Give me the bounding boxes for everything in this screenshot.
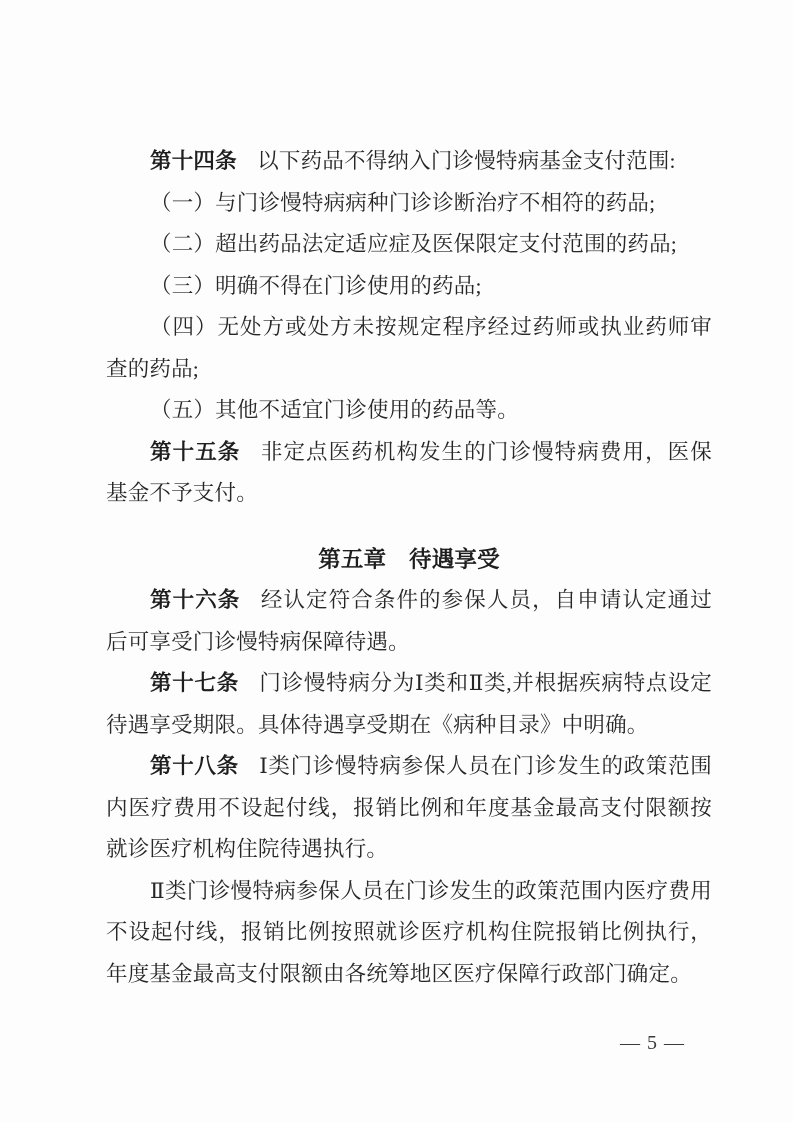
article-18-paragraph-2: Ⅱ类门诊慢特病参保人员在门诊发生的政策范围内医疗费用不设起付线，报销比例按照就诊…	[106, 871, 712, 996]
chapter-5-heading: 第五章 待遇享受	[106, 539, 712, 581]
article-15-label: 第十五条	[150, 440, 240, 464]
article-14-label: 第十四条	[150, 149, 237, 173]
article-18-paragraph: 第十八条Ⅰ类门诊慢特病参保人员在门诊发生的政策范围内医疗费用不设起付线，报销比例…	[106, 746, 712, 871]
page-number: — 5 —	[620, 1031, 685, 1055]
article-15-paragraph: 第十五条非定点医药机构发生的门诊慢特病费用，医保基金不予支付。	[106, 432, 712, 515]
document-page: 第十四条以下药品不得纳入门诊慢特病基金支付范围: （一）与门诊慢特病病种门诊诊断…	[0, 0, 793, 1122]
article-17-paragraph: 第十七条门诊慢特病分为Ⅰ类和Ⅱ类,并根据疾病特点设定待遇享受期限。具体待遇享受期…	[106, 663, 712, 746]
list-item-3-text: （三）明确不得在门诊使用的药品;	[150, 274, 482, 298]
list-item-4: （四）无处方或处方未按规定程序经过药师或执业药师审查的药品;	[106, 307, 712, 390]
list-item-1-text: （一）与门诊慢特病病种门诊诊断治疗不相符的药品;	[150, 191, 655, 215]
list-item-1: （一）与门诊慢特病病种门诊诊断治疗不相符的药品;	[106, 183, 712, 225]
article-14-paragraph: 第十四条以下药品不得纳入门诊慢特病基金支付范围:	[106, 141, 712, 183]
list-item-5: （五）其他不适宜门诊使用的药品等。	[106, 390, 712, 432]
list-item-5-text: （五）其他不适宜门诊使用的药品等。	[150, 398, 519, 422]
article-14-text: 以下药品不得纳入门诊慢特病基金支付范围:	[257, 149, 675, 173]
article-16-label: 第十六条	[150, 588, 240, 612]
list-item-2: （二）超出药品法定适应症及医保限定支付范围的药品;	[106, 224, 712, 266]
article-17-label: 第十七条	[150, 671, 239, 695]
article-18-label: 第十八条	[150, 754, 239, 778]
list-item-3: （三）明确不得在门诊使用的药品;	[106, 266, 712, 308]
list-item-2-text: （二）超出药品法定适应症及医保限定支付范围的药品;	[150, 232, 677, 256]
article-18-paragraph-2-text: Ⅱ类门诊慢特病参保人员在门诊发生的政策范围内医疗费用不设起付线，报销比例按照就诊…	[106, 879, 712, 986]
document-content: 第十四条以下药品不得纳入门诊慢特病基金支付范围: （一）与门诊慢特病病种门诊诊断…	[106, 141, 712, 995]
list-item-4-text: （四）无处方或处方未按规定程序经过药师或执业药师审查的药品;	[106, 315, 712, 381]
article-16-paragraph: 第十六条经认定符合条件的参保人员，自申请认定通过后可享受门诊慢特病保障待遇。	[106, 580, 712, 663]
